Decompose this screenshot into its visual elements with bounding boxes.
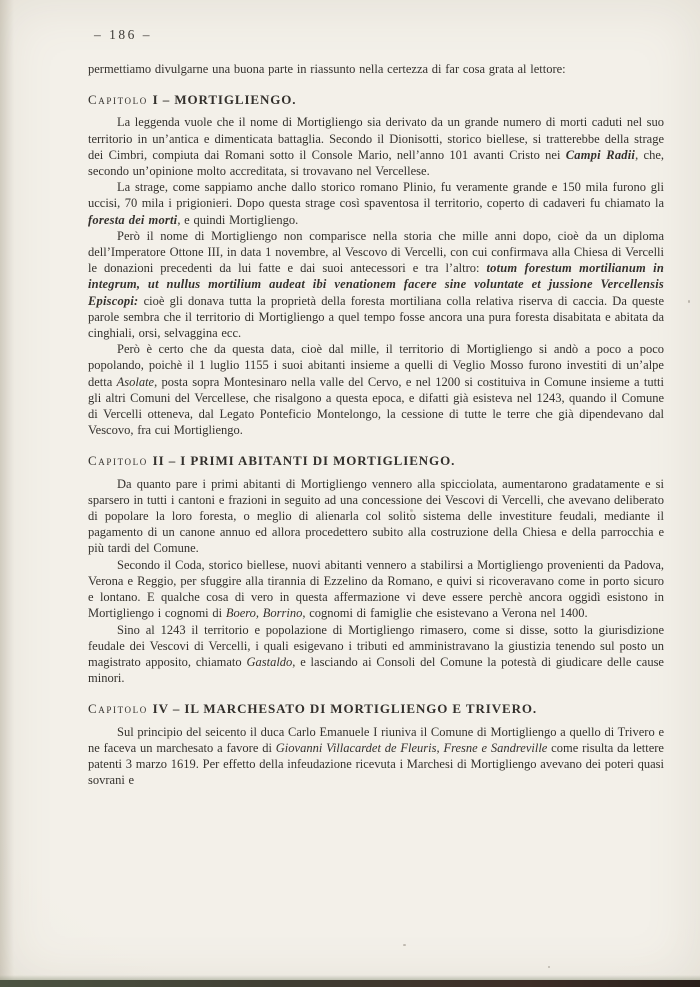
body-text: permettiamo divulgarne una buona parte i… — [88, 62, 566, 76]
chapter-label: Capitolo — [88, 701, 153, 716]
scan-speck — [548, 966, 550, 968]
scan-speck — [410, 509, 413, 512]
scan-speck — [403, 944, 406, 946]
body-paragraph: Da quanto pare i primi abitanti di Morti… — [88, 476, 664, 557]
chapter-title: II – I PRIMI ABITANTI DI MORTIGLIENGO. — [153, 453, 456, 468]
body-text: , cognomi di famiglie che esistevano a V… — [302, 606, 587, 620]
emphasized-text: Asolate — [117, 375, 155, 389]
body-paragraph: La leggenda vuole che il nome di Mortigl… — [88, 114, 664, 179]
emphasized-text: Gastaldo — [246, 655, 292, 669]
body-paragraph: Sino al 1243 il territorio e popolazione… — [88, 622, 664, 687]
scan-speck — [688, 300, 690, 303]
chapter-title: IV – IL MARCHESATO DI MORTIGLIENGO E TRI… — [153, 701, 537, 716]
body-paragraph: Però il nome di Mortigliengo non compari… — [88, 228, 664, 341]
body-text: , e quindi Mortigliengo. — [177, 213, 298, 227]
chapter-label: Capitolo — [88, 92, 153, 107]
chapter-heading: Capitolo IV – IL MARCHESATO DI MORTIGLIE… — [88, 701, 664, 717]
emphasized-text: Boero, Borrino — [226, 606, 303, 620]
body-text: Da quanto pare i primi abitanti di Morti… — [88, 477, 664, 556]
body-paragraph: Secondo il Coda, storico biellese, nuovi… — [88, 557, 664, 622]
body-paragraph: La strage, come sappiamo anche dallo sto… — [88, 179, 664, 228]
scan-gutter-shadow — [0, 0, 14, 987]
body-text: , posta sopra Montesinaro nella valle de… — [88, 375, 664, 438]
body-text: cioè gli donava tutta la proprietà della… — [88, 294, 664, 340]
emphasized-text: foresta dei morti — [88, 213, 177, 227]
chapter-heading: Capitolo II – I PRIMI ABITANTI DI MORTIG… — [88, 453, 664, 469]
chapter-label: Capitolo — [88, 453, 153, 468]
body-paragraph: Però è certo che da questa data, cioè da… — [88, 341, 664, 438]
page-number: – 186 – — [94, 27, 152, 43]
emphasized-text: Campi Radii — [566, 148, 635, 162]
scanned-book-page: { "palette": { "paper": "#f2efe8", "ink"… — [0, 0, 700, 987]
body-paragraph: permettiamo divulgarne una buona parte i… — [88, 61, 664, 77]
emphasized-text: Giovanni Villacardet de Fleuris, Fresne … — [276, 741, 548, 755]
chapter-title: I – MORTIGLIENGO. — [153, 92, 297, 107]
page-body: permettiamo divulgarne una buona parte i… — [88, 61, 664, 788]
body-text: La strage, come sappiamo anche dallo sto… — [88, 180, 664, 210]
scan-bottom-edge — [0, 980, 700, 987]
body-paragraph: Sul principio del seicento il duca Carlo… — [88, 724, 664, 789]
chapter-heading: Capitolo I – MORTIGLIENGO. — [88, 92, 664, 108]
